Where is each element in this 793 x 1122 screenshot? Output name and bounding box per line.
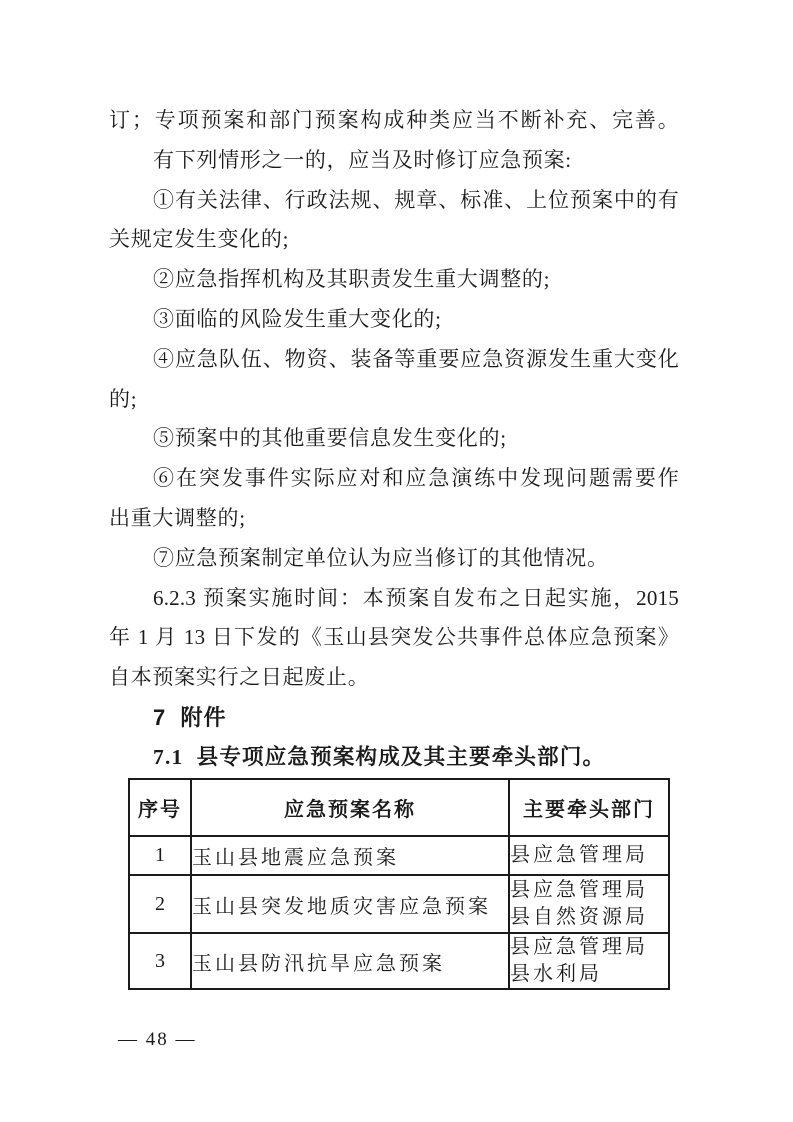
list-item-7: ⑦应急预案制定单位认为应当修订的其他情况。 [109, 539, 679, 579]
dept-line: 县水利局 [510, 961, 668, 988]
lead-dept-cell: 县应急管理局 县自然资源局 [509, 875, 669, 933]
appendix-table: 序号 应急预案名称 主要牵头部门 1 玉山县地震应急预案 县应急管理局 2 玉山… [128, 778, 670, 990]
plan-name-cell: 玉山县地震应急预案 [191, 836, 509, 875]
paragraph-line: 的; [109, 380, 679, 420]
section-subheading-plan-table: 7.1 县专项应急预案构成及其主要牵头部门。 [109, 738, 679, 778]
list-item-6: ⑥在突发事件实际应对和应急演练中发现问题需要作 [109, 459, 679, 499]
table-header-name: 应急预案名称 [191, 779, 509, 836]
table-header-row: 序号 应急预案名称 主要牵头部门 [129, 779, 669, 836]
table-row: 3 玉山县防汛抗旱应急预案 县应急管理局 县水利局 [129, 933, 669, 989]
dept-line: 县应急管理局 [510, 877, 668, 904]
row-number-cell: 1 [129, 836, 191, 875]
document-page: 订；专项预案和部门预案构成种类应当不断补充、完善。 有下列情形之一的，应当及时修… [0, 0, 793, 1122]
section-heading-attachments: 7 附件 [109, 698, 679, 738]
list-item-4: ④应急队伍、物资、装备等重要应急资源发生重大变化 [109, 340, 679, 380]
table-row: 2 玉山县突发地质灾害应急预案 县应急管理局 县自然资源局 [129, 875, 669, 933]
dept-line: 县应急管理局 [510, 934, 668, 961]
paragraph-line: 年 1 月 13 日下发的《玉山县突发公共事件总体应急预案》 [109, 618, 679, 658]
table-header-dept: 主要牵头部门 [509, 779, 669, 836]
plan-name-cell: 玉山县防汛抗旱应急预案 [191, 933, 509, 989]
lead-dept-cell: 县应急管理局 县水利局 [509, 933, 669, 989]
paragraph-line: 关规定发生变化的; [109, 220, 679, 260]
list-item-5: ⑤预案中的其他重要信息发生变化的; [109, 419, 679, 459]
paragraph-line: 出重大调整的; [109, 499, 679, 539]
dept-line: 县应急管理局 [510, 842, 668, 869]
page-number: — 48 — [118, 1028, 197, 1052]
document-body: 订；专项预案和部门预案构成种类应当不断补充、完善。 有下列情形之一的，应当及时修… [109, 101, 679, 778]
lead-dept-cell: 县应急管理局 [509, 836, 669, 875]
table-row: 1 玉山县地震应急预案 县应急管理局 [129, 836, 669, 875]
paragraph-line: 自本预案实行之日起废止。 [109, 658, 679, 698]
paragraph-line: 有下列情形之一的，应当及时修订应急预案: [109, 141, 679, 181]
dept-line: 县自然资源局 [510, 904, 668, 931]
plan-name-cell: 玉山县突发地质灾害应急预案 [191, 875, 509, 933]
table-header-no: 序号 [129, 779, 191, 836]
paragraph-line: 6.2.3 预案实施时间：本预案自发布之日起实施，2015 [109, 579, 679, 619]
row-number-cell: 2 [129, 875, 191, 933]
paragraph-line: 订；专项预案和部门预案构成种类应当不断补充、完善。 [109, 101, 679, 141]
row-number-cell: 3 [129, 933, 191, 989]
list-item-2: ②应急指挥机构及其职责发生重大调整的; [109, 260, 679, 300]
list-item-3: ③面临的风险发生重大变化的; [109, 300, 679, 340]
list-item-1: ①有关法律、行政法规、规章、标准、上位预案中的有 [109, 181, 679, 221]
